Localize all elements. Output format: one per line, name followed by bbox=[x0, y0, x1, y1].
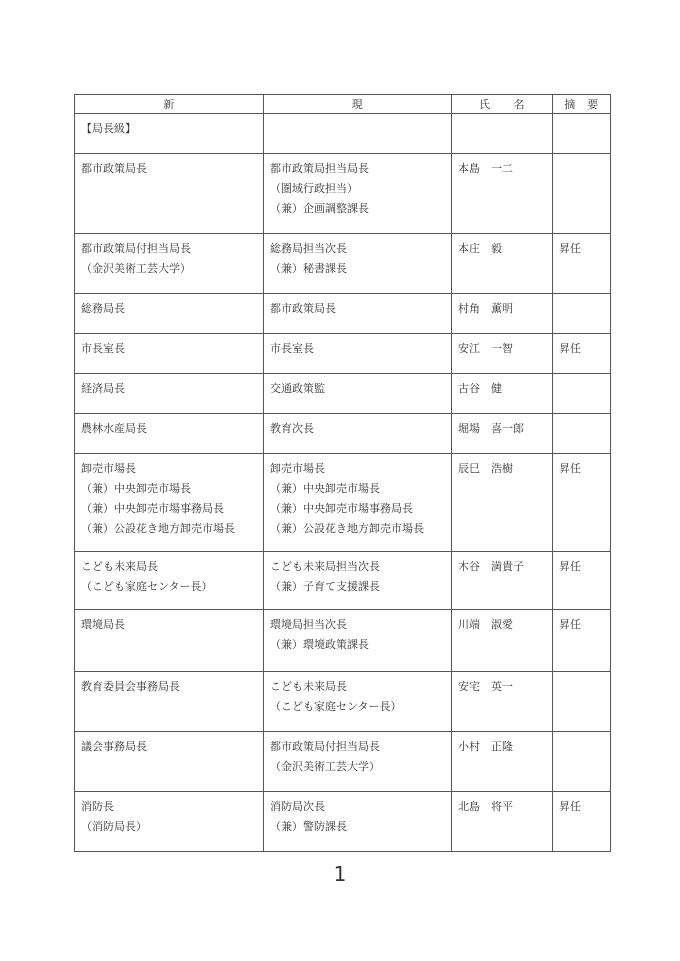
cell-new-position-line: 総務局長 bbox=[81, 299, 257, 319]
cell-new-position: 市長室長 bbox=[75, 334, 264, 374]
person-name: 木谷 満貴子 bbox=[458, 557, 546, 577]
cell-current-position-line: （兼）中央卸売市場事務局長 bbox=[270, 499, 445, 519]
cell-remarks bbox=[553, 414, 611, 454]
page-number: 1 bbox=[0, 862, 680, 886]
section-row: 【局長級】 bbox=[75, 114, 611, 154]
table-row: 消防長（消防局長）消防局次長（兼）警防課長北島 将平昇任 bbox=[75, 792, 611, 852]
cell-current-position-line: （金沢美術工芸大学） bbox=[270, 757, 445, 777]
cell-new-position-line: 議会事務局長 bbox=[81, 737, 257, 757]
cell-name: 本庄 毅 bbox=[452, 234, 553, 294]
cell-current-position-line: こども未来局長 bbox=[270, 677, 445, 697]
table-row: 都市政策局長都市政策局担当局長（圏域行政担当）（兼）企画調整課長本島 一二 bbox=[75, 154, 611, 234]
table-row: こども未来局長（こども家庭センター長）こども未来局担当次長（兼）子育て支援課長木… bbox=[75, 552, 611, 610]
person-name: 北島 将平 bbox=[458, 797, 546, 817]
section-label: 【局長級】 bbox=[81, 119, 257, 139]
cell-remarks bbox=[553, 374, 611, 414]
cell-new-position: 卸売市場長（兼）中央卸売市場長（兼）中央卸売市場事務局長（兼）公設花き地方卸売市… bbox=[75, 454, 264, 552]
cell-new-position: こども未来局長（こども家庭センター長） bbox=[75, 552, 264, 610]
cell-name: 木谷 満貴子 bbox=[452, 552, 553, 610]
header-current: 現 bbox=[264, 95, 452, 114]
cell-current-position-line: こども未来局担当次長 bbox=[270, 557, 445, 577]
cell-name: 辰巳 浩樹 bbox=[452, 454, 553, 552]
cell-new-position-line: 卸売市場長 bbox=[81, 459, 257, 479]
cell-current-position-line: （兼）秘書課長 bbox=[270, 259, 445, 279]
cell-name: 本島 一二 bbox=[452, 154, 553, 234]
table-row: 都市政策局付担当局長（金沢美術工芸大学）総務局担当次長（兼）秘書課長本庄 毅昇任 bbox=[75, 234, 611, 294]
table-row: 総務局長都市政策局長村角 薫明 bbox=[75, 294, 611, 334]
cell-remarks: 昇任 bbox=[553, 792, 611, 852]
cell-name: 安宅 英一 bbox=[452, 672, 553, 732]
cell-current-position: 都市政策局長 bbox=[264, 294, 452, 334]
cell-current-position-line: （こども家庭センター長） bbox=[270, 697, 445, 717]
table-row: 卸売市場長（兼）中央卸売市場長（兼）中央卸売市場事務局長（兼）公設花き地方卸売市… bbox=[75, 454, 611, 552]
cell-remarks bbox=[553, 732, 611, 792]
cell-current-position-line: 総務局担当次長 bbox=[270, 239, 445, 259]
person-name: 安宅 英一 bbox=[458, 677, 546, 697]
cell-remarks: 昇任 bbox=[553, 234, 611, 294]
person-name: 辰巳 浩樹 bbox=[458, 459, 546, 479]
table-row: 議会事務局長都市政策局付担当局長（金沢美術工芸大学）小村 正隆 bbox=[75, 732, 611, 792]
cell-new-position: 環境局長 bbox=[75, 610, 264, 672]
person-name: 本庄 毅 bbox=[458, 239, 546, 259]
cell-current-position-line: 都市政策局長 bbox=[270, 299, 445, 319]
cell-current-position-line: 卸売市場長 bbox=[270, 459, 445, 479]
table-row: 農林水産局長教育次長堀場 喜一郎 bbox=[75, 414, 611, 454]
cell-current-position: 市長室長 bbox=[264, 334, 452, 374]
cell-current-position-line: （圏域行政担当） bbox=[270, 179, 445, 199]
table-row: 環境局長環境局担当次長（兼）環境政策課長川端 淑愛昇任 bbox=[75, 610, 611, 672]
remarks-text: 昇任 bbox=[559, 239, 604, 259]
cell-new-position-line: （消防局長） bbox=[81, 817, 257, 837]
cell-remarks bbox=[553, 154, 611, 234]
cell-current-position-line: （兼）公設花き地方卸売市場長 bbox=[270, 519, 445, 539]
cell-new-position-line: （兼）中央卸売市場事務局長 bbox=[81, 499, 257, 519]
cell-name: 堀場 喜一郎 bbox=[452, 414, 553, 454]
cell-new-position-line: 都市政策局長 bbox=[81, 159, 257, 179]
cell-current-position: 卸売市場長（兼）中央卸売市場長（兼）中央卸売市場事務局長（兼）公設花き地方卸売市… bbox=[264, 454, 452, 552]
cell-new-position-line: 経済局長 bbox=[81, 379, 257, 399]
cell-remarks: 昇任 bbox=[553, 610, 611, 672]
cell-current-position: 消防局次長（兼）警防課長 bbox=[264, 792, 452, 852]
cell-current-position: 教育次長 bbox=[264, 414, 452, 454]
person-name: 古谷 健 bbox=[458, 379, 546, 399]
personnel-table: 新 現 氏 名 摘 要 【局長級】 都市政策局長都市政策局担当局長（圏域行政担当… bbox=[74, 94, 611, 852]
cell-name: 北島 将平 bbox=[452, 792, 553, 852]
remarks-text: 昇任 bbox=[559, 557, 604, 577]
table-row: 市長室長市長室長安江 一智昇任 bbox=[75, 334, 611, 374]
cell-current-position: 環境局担当次長（兼）環境政策課長 bbox=[264, 610, 452, 672]
person-name: 安江 一智 bbox=[458, 339, 546, 359]
cell-remarks bbox=[553, 294, 611, 334]
header-new: 新 bbox=[75, 95, 264, 114]
header-name: 氏 名 bbox=[452, 95, 553, 114]
cell-new-position: 経済局長 bbox=[75, 374, 264, 414]
cell-new-position: 総務局長 bbox=[75, 294, 264, 334]
cell-name: 村角 薫明 bbox=[452, 294, 553, 334]
cell-new-position-line: （こども家庭センター長） bbox=[81, 577, 257, 597]
cell-current-position-line: 教育次長 bbox=[270, 419, 445, 439]
remarks-text: 昇任 bbox=[559, 339, 604, 359]
cell-new-position-line: 農林水産局長 bbox=[81, 419, 257, 439]
cell-new-position-line: （兼）中央卸売市場長 bbox=[81, 479, 257, 499]
cell-new-position: 都市政策局長 bbox=[75, 154, 264, 234]
cell-new-position-line: 消防長 bbox=[81, 797, 257, 817]
cell-new-position-line: （兼）公設花き地方卸売市場長 bbox=[81, 519, 257, 539]
cell-remarks: 昇任 bbox=[553, 334, 611, 374]
cell-current-position-line: 交通政策監 bbox=[270, 379, 445, 399]
person-name: 本島 一二 bbox=[458, 159, 546, 179]
cell-current-position-line: 都市政策局担当局長 bbox=[270, 159, 445, 179]
cell-current-position: 都市政策局担当局長（圏域行政担当）（兼）企画調整課長 bbox=[264, 154, 452, 234]
cell-new-position: 議会事務局長 bbox=[75, 732, 264, 792]
cell-new-position-line: 環境局長 bbox=[81, 615, 257, 635]
cell-current-position-line: （兼）警防課長 bbox=[270, 817, 445, 837]
cell-new-position-line: 市長室長 bbox=[81, 339, 257, 359]
cell-name: 古谷 健 bbox=[452, 374, 553, 414]
cell-current-position-line: （兼）環境政策課長 bbox=[270, 635, 445, 655]
table-row: 教育委員会事務局長こども未来局長（こども家庭センター長）安宅 英一 bbox=[75, 672, 611, 732]
cell-current-position-line: 環境局担当次長 bbox=[270, 615, 445, 635]
cell-remarks: 昇任 bbox=[553, 552, 611, 610]
person-name: 小村 正隆 bbox=[458, 737, 546, 757]
cell-new-position-line: （金沢美術工芸大学） bbox=[81, 259, 257, 279]
cell-new-position-line: 教育委員会事務局長 bbox=[81, 677, 257, 697]
cell-current-position-line: 市長室長 bbox=[270, 339, 445, 359]
cell-new-position-line: 都市政策局付担当局長 bbox=[81, 239, 257, 259]
remarks-text: 昇任 bbox=[559, 615, 604, 635]
cell-current-position-line: （兼）子育て支援課長 bbox=[270, 577, 445, 597]
remarks-text: 昇任 bbox=[559, 459, 604, 479]
cell-current-position: 都市政策局付担当局長（金沢美術工芸大学） bbox=[264, 732, 452, 792]
cell-new-position: 消防長（消防局長） bbox=[75, 792, 264, 852]
cell-current-position-line: （兼）企画調整課長 bbox=[270, 199, 445, 219]
cell-current-position: 総務局担当次長（兼）秘書課長 bbox=[264, 234, 452, 294]
cell-new-position: 都市政策局付担当局長（金沢美術工芸大学） bbox=[75, 234, 264, 294]
cell-remarks bbox=[553, 672, 611, 732]
cell-current-position: こども未来局長（こども家庭センター長） bbox=[264, 672, 452, 732]
table-row: 経済局長交通政策監古谷 健 bbox=[75, 374, 611, 414]
cell-name: 小村 正隆 bbox=[452, 732, 553, 792]
cell-current-position: こども未来局担当次長（兼）子育て支援課長 bbox=[264, 552, 452, 610]
remarks-text: 昇任 bbox=[559, 797, 604, 817]
person-name: 川端 淑愛 bbox=[458, 615, 546, 635]
cell-new-position: 農林水産局長 bbox=[75, 414, 264, 454]
header-remarks: 摘 要 bbox=[553, 95, 611, 114]
cell-remarks: 昇任 bbox=[553, 454, 611, 552]
cell-new-position-line: こども未来局長 bbox=[81, 557, 257, 577]
person-name: 堀場 喜一郎 bbox=[458, 419, 546, 439]
person-name: 村角 薫明 bbox=[458, 299, 546, 319]
cell-name: 安江 一智 bbox=[452, 334, 553, 374]
cell-current-position-line: 都市政策局付担当局長 bbox=[270, 737, 445, 757]
cell-current-position: 交通政策監 bbox=[264, 374, 452, 414]
cell-new-position: 教育委員会事務局長 bbox=[75, 672, 264, 732]
cell-name: 川端 淑愛 bbox=[452, 610, 553, 672]
cell-current-position-line: （兼）中央卸売市場長 bbox=[270, 479, 445, 499]
cell-current-position-line: 消防局次長 bbox=[270, 797, 445, 817]
header-row: 新 現 氏 名 摘 要 bbox=[75, 95, 611, 114]
